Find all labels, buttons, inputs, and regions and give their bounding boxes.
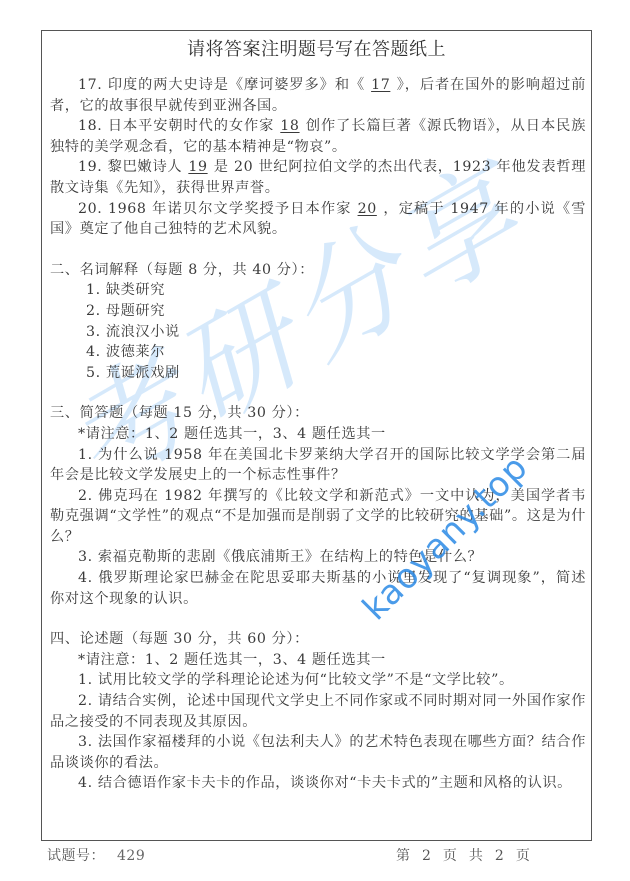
page-current: 2 xyxy=(422,848,431,864)
page-total: 2 xyxy=(495,848,504,864)
page-label-ye: 页 xyxy=(443,848,457,864)
page-label-gong: 共 xyxy=(469,848,483,864)
term-item: 5. 荒诞派戏剧 xyxy=(50,363,586,384)
exam-number-value: 429 xyxy=(117,848,145,864)
fill-in-question-18: 18. 日本平安朝时代的女作家18创作了长篇巨著《源氏物语》，从日本民族独特的美… xyxy=(50,116,586,157)
short-answer-question: 3. 索福克勒斯的悲剧《俄底浦斯王》在结构上的特色是什么？ xyxy=(50,547,586,568)
essay-question: 3. 法国作家福楼拜的小说《包法利夫人》的艺术特色表现在哪些方面？结合作品谈谈你… xyxy=(50,732,586,773)
short-answer-question: 1. 为什么说 1958 年在美国北卡罗莱纳大学召开的国际比较文学学会第二届年会… xyxy=(50,445,586,486)
page-label-ye-2: 页 xyxy=(516,848,530,864)
term-item: 4. 波德莱尔 xyxy=(50,342,586,363)
short-answer-question: 4. 俄罗斯理论家巴赫金在陀思妥耶夫斯基的小说里发现了“复调现象”，简述你对这个… xyxy=(50,568,586,609)
answer-blank-19: 19 xyxy=(182,159,213,175)
section-4-heading: 四、论述题（每题 30 分，共 60 分）： xyxy=(50,629,586,650)
section-3-note: *请注意：1、2 题任选其一，3、4 题任选其一 xyxy=(50,424,586,445)
fill-in-question-17: 17. 印度的两大史诗是《摩诃婆罗多》和《17》，后者在国外的影响超过前者，它的… xyxy=(50,75,586,116)
answer-blank-17: 17 xyxy=(365,77,396,93)
term-item: 3. 流浪汉小说 xyxy=(50,322,586,343)
exam-body: 17. 印度的两大史诗是《摩诃婆罗多》和《17》，后者在国外的影响超过前者，它的… xyxy=(50,75,586,794)
exam-number-label: 试题号： xyxy=(47,848,105,864)
term-item: 2. 母题研究 xyxy=(50,301,586,322)
exam-number: 试题号：429 xyxy=(47,845,145,865)
fill-in-question-19: 19. 黎巴嫩诗人19是 20 世纪阿拉伯文学的杰出代表，1923 年他发表哲理… xyxy=(50,157,586,198)
page-indicator: 第2页共2页 xyxy=(396,845,542,865)
fill-in-question-20: 20. 1968 年诺贝尔文学奖授予日本作家20，定稿于 1947 年的小说《雪… xyxy=(50,199,586,240)
page-label-di: 第 xyxy=(396,848,410,864)
essay-question: 1. 试用比较文学的学科理论论述为何“比较文学”不是“文学比较”。 xyxy=(50,670,586,691)
answer-blank-18: 18 xyxy=(274,118,305,134)
page-title: 请将答案注明题号写在答题纸上 xyxy=(42,35,591,61)
essay-question: 4. 结合德语作家卡夫卡的作品，谈谈你对“卡夫卡式的”主题和风格的认识。 xyxy=(50,773,586,794)
section-2-heading: 二、名词解释（每题 8 分，共 40 分）： xyxy=(50,260,586,281)
section-4-note: *请注意：1、2 题任选其一，3、4 题任选其一 xyxy=(50,650,586,671)
term-item: 1. 缺类研究 xyxy=(50,280,586,301)
short-answer-question: 2. 佛克玛在 1982 年撰写的《比较文学和新范式》一文中认为，美国学者韦勒克… xyxy=(50,486,586,548)
exam-sheet: 请将答案注明题号写在答题纸上 17. 印度的两大史诗是《摩诃婆罗多》和《17》，… xyxy=(41,30,592,841)
essay-question: 2. 请结合实例，论述中国现代文学史上不同作家或不同时期对同一外国作家作品之接受… xyxy=(50,691,586,732)
answer-blank-20: 20 xyxy=(352,201,383,217)
section-3-heading: 三、简答题（每题 15 分，共 30 分）： xyxy=(50,403,586,424)
